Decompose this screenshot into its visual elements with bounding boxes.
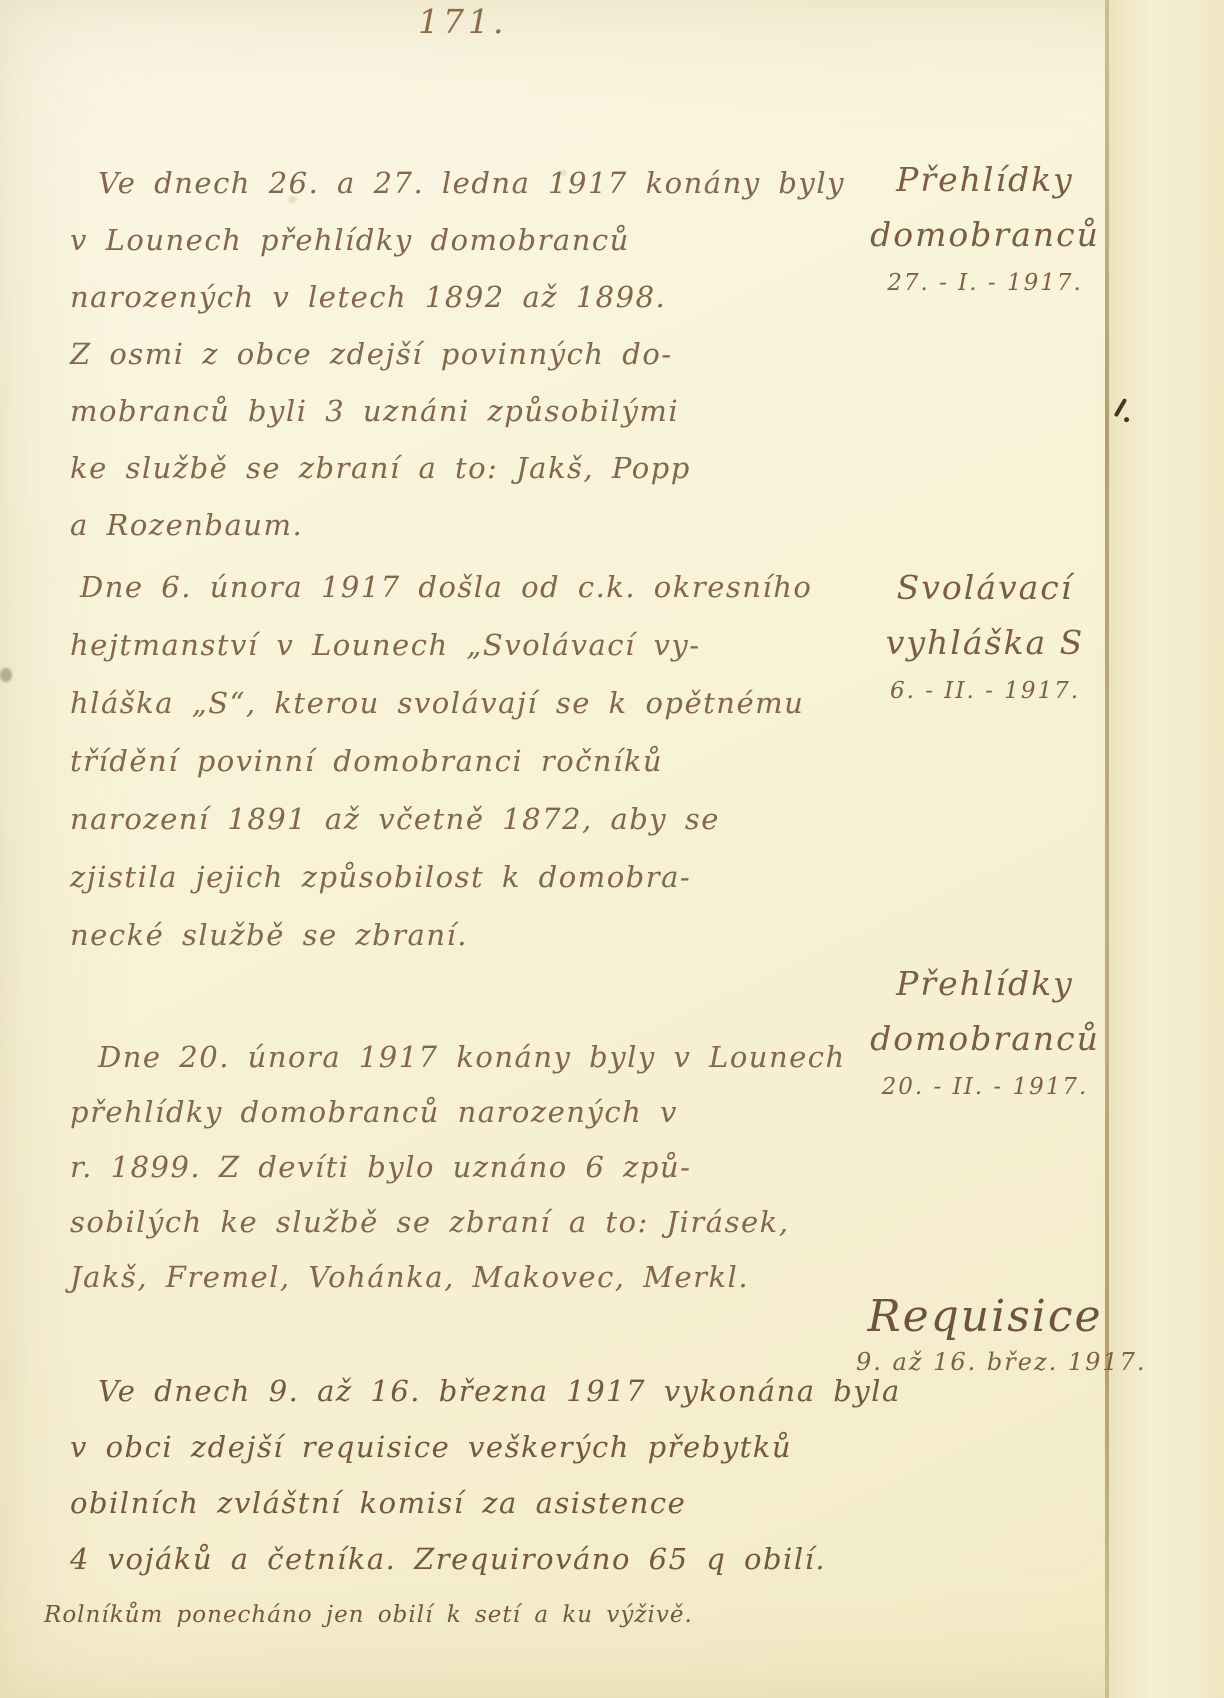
handwritten-line: přehlídky domobranců narozených v [70,1085,880,1140]
margin-note-1: Přehlídky domobranců 27. - I. - 1917. [856,152,1114,296]
margin-note-date: 6. - II. - 1917. [856,678,1114,704]
handwritten-line: Dne 6. února 1917 došla od c.k. okresníh… [70,558,880,616]
next-page-edge [1109,0,1224,1698]
margin-note-title-line: vyhláška S [856,615,1114,670]
handwritten-line: mobranců byli 3 uznáni způsobilými [70,383,880,440]
handwritten-line: narození 1891 až včetně 1872, aby se [70,790,880,848]
handwritten-line: hláška „S“, kterou svolávají se k opětné… [70,674,880,732]
handwritten-line: Z osmi z obce zdejší povinných do- [70,326,880,383]
margin-note-title-line: Requisice [856,1288,1114,1346]
handwritten-line: sobilých ke službě se zbraní a to: Jirás… [70,1195,880,1250]
page-number: 171. [418,2,507,41]
margin-note-title-line: domobranců [856,207,1114,262]
handwritten-line: hejtmanství v Lounech „Svolávací vy- [70,616,880,674]
handwritten-line: 4 vojáků a četníka. Zrequirováno 65 q ob… [70,1531,880,1587]
handwritten-line: a Rozenbaum. [70,497,880,554]
handwritten-line: Rolníkům ponecháno jen obilí k setí a ku… [44,1587,880,1643]
chronicle-paragraph-2: Dne 6. února 1917 došla od c.k. okresníh… [70,558,880,964]
margin-note-title-line: Svolávací [856,560,1114,615]
chronicle-paragraph-1: Ve dnech 26. a 27. ledna 1917 konány byl… [70,155,880,554]
handwritten-line: Dne 20. února 1917 konány byly v Lounech [70,1030,880,1085]
margin-note-date: 27. - I. - 1917. [856,270,1114,296]
handwritten-line: zjistila jejich způsobilost k domobra- [70,848,880,906]
handwritten-line: v Lounech přehlídky domobranců [70,212,880,269]
margin-note-date: 20. - II. - 1917. [856,1074,1114,1100]
margin-note-3: Přehlídky domobranců 20. - II. - 1917. [856,956,1114,1100]
handwritten-line: Ve dnech 9. až 16. března 1917 vykonána … [70,1363,880,1419]
handwritten-line: obilních zvláštní komisí za asistence [70,1475,880,1531]
margin-note-2: Svolávací vyhláška S 6. - II. - 1917. [856,560,1114,704]
chronicle-paragraph-4: Ve dnech 9. až 16. března 1917 vykonána … [70,1363,880,1643]
handwritten-line: třídění povinní domobranci ročníků [70,732,880,790]
handwritten-line: necké službě se zbraní. [70,906,880,964]
handwritten-line: Jakš, Fremel, Vohánka, Makovec, Merkl. [70,1250,880,1305]
handwritten-line: v obci zdejší requisice veškerých přebyt… [70,1419,880,1475]
margin-note-title-line: domobranců [856,1011,1114,1066]
handwritten-line: ke službě se zbraní a to: Jakš, Popp [70,440,880,497]
ink-dot [1124,417,1130,423]
handwritten-line: narozených v letech 1892 až 1898. [70,269,880,326]
margin-note-title-line: Přehlídky [856,152,1114,207]
chronicle-paragraph-3: Dne 20. února 1917 konány byly v Lounech… [70,1030,880,1305]
margin-note-title-line: Přehlídky [856,956,1114,1011]
handwritten-line: r. 1899. Z devíti bylo uznáno 6 způ- [70,1140,880,1195]
handwritten-line: Ve dnech 26. a 27. ledna 1917 konány byl… [70,155,880,212]
ink-stroke [1114,398,1127,417]
